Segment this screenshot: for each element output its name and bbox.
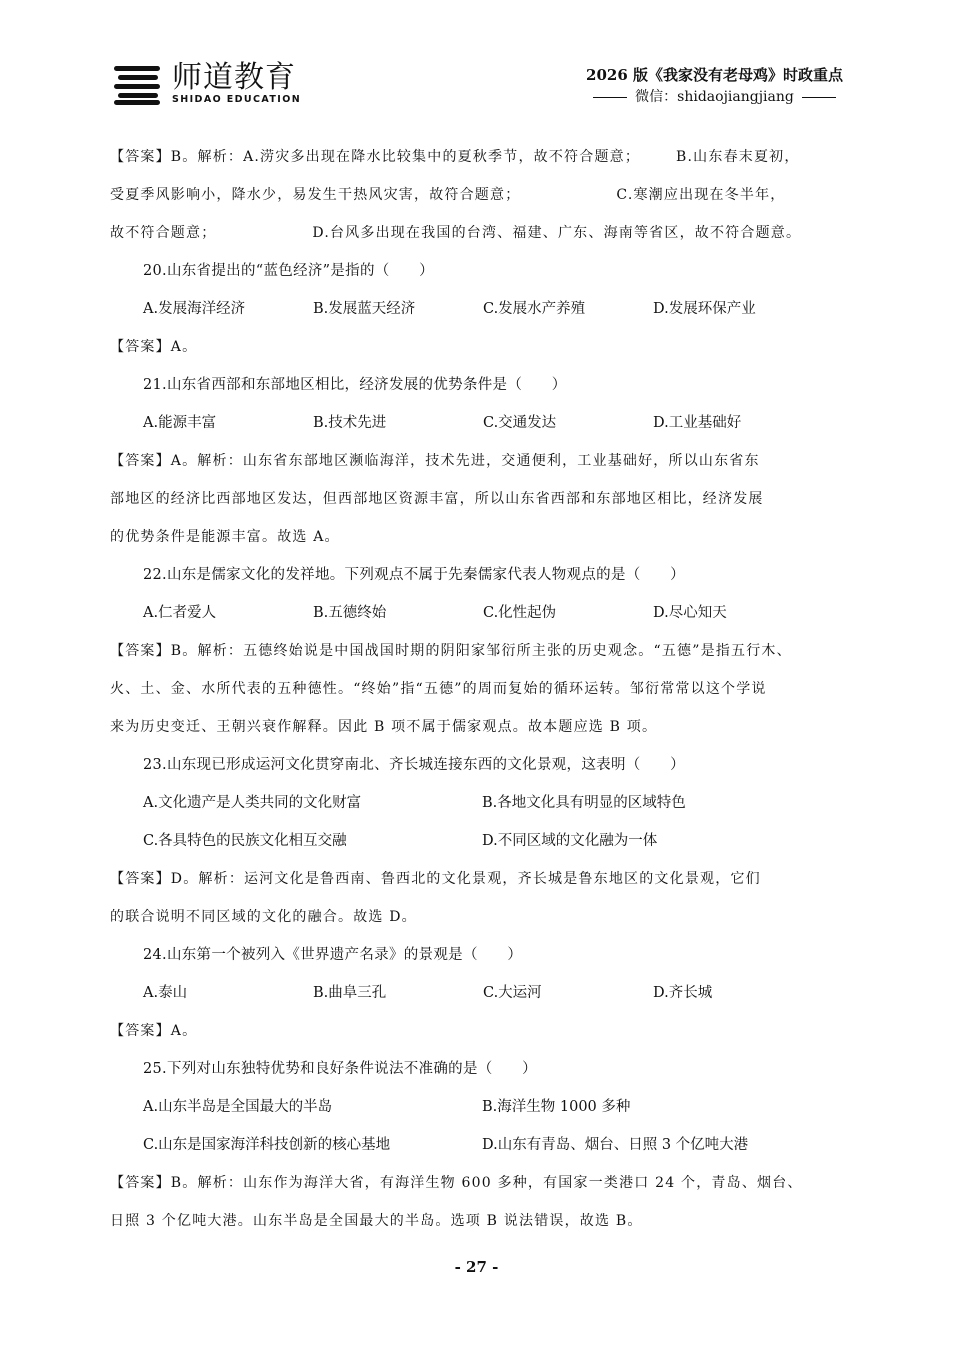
document-title: 2026 版《我家没有老母鸡》时政重点 — [586, 64, 843, 86]
answer-line: 的优势条件是能源丰富。故选 A。 — [110, 518, 850, 556]
option-a: A.仁者爱人 — [143, 594, 313, 632]
answer-line: 部地区的经济比西部地区发达，但西部地区资源丰富，所以山东省西部和东部地区相比，经… — [110, 480, 850, 518]
answer-line: 【答案】A。 — [110, 328, 850, 366]
option-a: A.文化遗产是人类共同的文化财富 — [143, 784, 482, 822]
option-d: D.工业基础好 — [653, 404, 823, 442]
option-b: B.技术先进 — [313, 404, 483, 442]
answer-text: B.山东春末夏初， — [676, 149, 800, 165]
answer-line: 【答案】B。解析：山东作为海洋大省，有海洋生物 600 多种，有国家一类港口 2… — [110, 1164, 850, 1202]
divider — [802, 97, 836, 98]
answer-line: 来为历史变迁、王朝兴衰作解释。因此 B 项不属于儒家观点。故本题应选 B 项。 — [110, 708, 850, 746]
answer-line: 【答案】B。解析：A.涝灾多出现在降水比较集中的夏秋季节，故不符合题意；B.山东… — [110, 138, 850, 176]
divider — [593, 97, 627, 98]
option-d: D.尽心知天 — [653, 594, 823, 632]
option-b: B.各地文化具有明显的区域特色 — [482, 784, 821, 822]
answer-line: 受夏季风影响小，降水少，易发生干热风灾害，故符合题意；C.寒潮应出现在冬半年， — [110, 176, 850, 214]
option-c: C.交通发达 — [483, 404, 653, 442]
option-b: B.海洋生物 1000 多种 — [482, 1088, 821, 1126]
answer-text: C.寒潮应出现在冬半年， — [616, 187, 785, 203]
option-d: D.山东有青岛、烟台、日照 3 个亿吨大港 — [482, 1126, 821, 1164]
option-c: C.山东是国家海洋科技创新的核心基地 — [143, 1126, 482, 1164]
option-a: A.泰山 — [143, 974, 313, 1012]
question-stem: 20.山东省提出的“蓝色经济”是指的（ ） — [110, 252, 850, 290]
answer-line: 【答案】A。 — [110, 1012, 850, 1050]
option-b: B.五德终始 — [313, 594, 483, 632]
question-stem: 22.山东是儒家文化的发祥地。下列观点不属于先秦儒家代表人物观点的是（ ） — [110, 556, 850, 594]
answer-line: 的联合说明不同区域的文化的融合。故选 D。 — [110, 898, 850, 936]
answer-text: D.台风多出现在我国的台湾、福建、广东、海南等省区，故不符合题意。 — [312, 225, 801, 241]
wechat-line: 微信：shidaojiangjiang — [586, 86, 843, 108]
answer-line: 火、土、金、水所代表的五种德性。“终始”指“五德”的周而复始的循环运转。邹衍常常… — [110, 670, 850, 708]
page-number: - 27 - — [0, 1258, 953, 1276]
option-a: A.能源丰富 — [143, 404, 313, 442]
question-options: A.发展海洋经济 B.发展蓝天经济 C.发展水产养殖 D.发展环保产业 — [110, 290, 850, 328]
logo-s-icon — [114, 64, 164, 104]
document-page: 师道教育 SHIDAO EDUCATION 2026 版《我家没有老母鸡》时政重… — [0, 0, 953, 1348]
answer-line: 【答案】A。解析：山东省东部地区濒临海洋，技术先进，交通便利，工业基础好，所以山… — [110, 442, 850, 480]
question-stem: 23.山东现已形成运河文化贯穿南北、齐长城连接东西的文化景观，这表明（ ） — [110, 746, 850, 784]
wechat-id: 微信：shidaojiangjiang — [635, 86, 794, 108]
question-options: C.山东是国家海洋科技创新的核心基地 D.山东有青岛、烟台、日照 3 个亿吨大港 — [110, 1126, 850, 1164]
question-options: A.泰山 B.曲阜三孔 C.大运河 D.齐长城 — [110, 974, 850, 1012]
option-b: B.发展蓝天经济 — [313, 290, 483, 328]
answer-text: 【答案】B。解析：A.涝灾多出现在降水比较集中的夏秋季节，故不符合题意； — [110, 149, 640, 165]
option-b: B.曲阜三孔 — [313, 974, 483, 1012]
answer-line: 故不符合题意；D.台风多出现在我国的台湾、福建、广东、海南等省区，故不符合题意。 — [110, 214, 850, 252]
question-stem: 21.山东省西部和东部地区相比，经济发展的优势条件是（ ） — [110, 366, 850, 404]
question-stem: 25.下列对山东独特优势和良好条件说法不准确的是（ ） — [110, 1050, 850, 1088]
question-options: C.各具特色的民族文化相互交融 D.不同区域的文化融为一体 — [110, 822, 850, 860]
option-c: C.大运河 — [483, 974, 653, 1012]
option-d: D.齐长城 — [653, 974, 823, 1012]
logo-chinese-name: 师道教育 — [172, 62, 301, 94]
question-options: A.仁者爱人 B.五德终始 C.化性起伪 D.尽心知天 — [110, 594, 850, 632]
answer-line: 日照 3 个亿吨大港。山东半岛是全国最大的半岛。选项 B 说法错误，故选 B。 — [110, 1202, 850, 1240]
header-info: 2026 版《我家没有老母鸡》时政重点 微信：shidaojiangjiang — [586, 64, 843, 108]
question-options: A.能源丰富 B.技术先进 C.交通发达 D.工业基础好 — [110, 404, 850, 442]
question-options: A.文化遗产是人类共同的文化财富 B.各地文化具有明显的区域特色 — [110, 784, 850, 822]
option-d: D.发展环保产业 — [653, 290, 823, 328]
logo-english-name: SHIDAO EDUCATION — [172, 94, 301, 105]
answer-line: 【答案】B。解析：五德终始说是中国战国时期的阴阳家邹衍所主张的历史观念。“五德”… — [110, 632, 850, 670]
answer-text: 受夏季风影响小，降水少，易发生干热风灾害，故符合题意； — [110, 187, 520, 203]
option-d: D.不同区域的文化融为一体 — [482, 822, 821, 860]
answer-text: 故不符合题意； — [110, 225, 216, 241]
option-a: A.山东半岛是全国最大的半岛 — [143, 1088, 482, 1126]
content-body: 【答案】B。解析：A.涝灾多出现在降水比较集中的夏秋季节，故不符合题意；B.山东… — [110, 138, 850, 1240]
option-c: C.化性起伪 — [483, 594, 653, 632]
option-c: C.发展水产养殖 — [483, 290, 653, 328]
question-stem: 24.山东第一个被列入《世界遗产名录》的景观是（ ） — [110, 936, 850, 974]
option-a: A.发展海洋经济 — [143, 290, 313, 328]
option-c: C.各具特色的民族文化相互交融 — [143, 822, 482, 860]
answer-line: 【答案】D。解析：运河文化是鲁西南、鲁西北的文化景观，齐长城是鲁东地区的文化景观… — [110, 860, 850, 898]
question-options: A.山东半岛是全国最大的半岛 B.海洋生物 1000 多种 — [110, 1088, 850, 1126]
shidao-logo: 师道教育 SHIDAO EDUCATION — [114, 62, 301, 105]
